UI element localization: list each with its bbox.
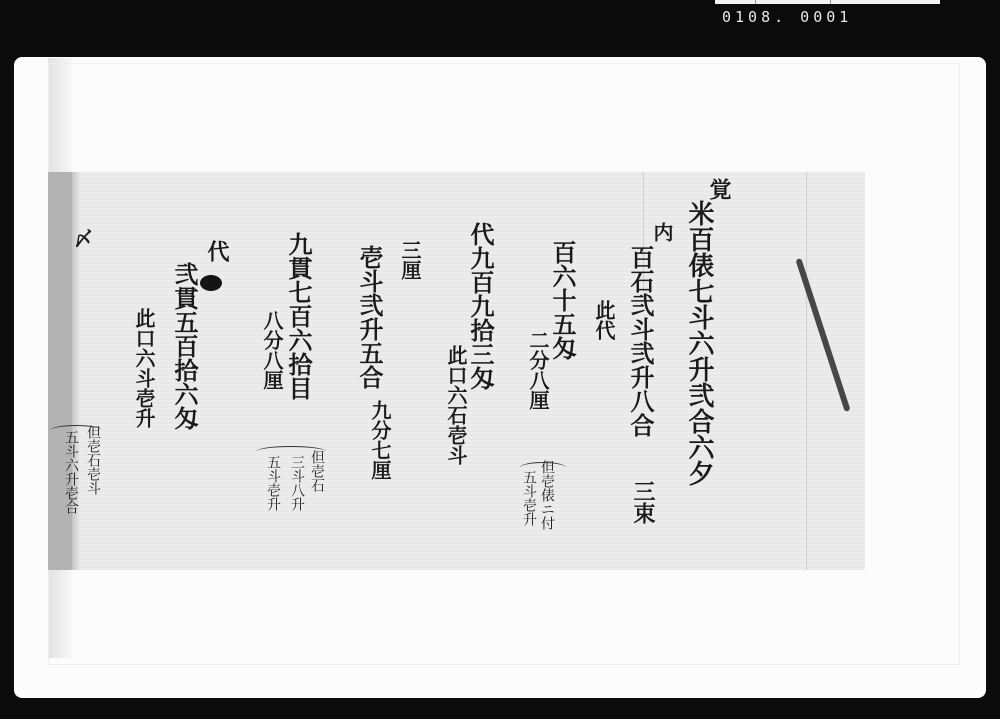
- handwritten-column: 弐貫五百拾六匁: [172, 262, 196, 430]
- handwritten-column: 三束: [632, 480, 654, 524]
- handwritten-column: 代: [206, 240, 228, 262]
- handwritten-column: 内: [652, 222, 672, 242]
- fold-line: [806, 172, 807, 570]
- handwritten-column: 八分八厘: [262, 310, 282, 390]
- handwritten-note: 三斗八升: [290, 455, 304, 511]
- handwritten-column: 九貫七百六拾目: [286, 232, 310, 400]
- handwritten-column: 代九百九拾三匁: [468, 222, 492, 390]
- handwritten-column: 此口六石壱斗: [446, 345, 466, 465]
- handwritten-column: 〆: [72, 228, 92, 248]
- handwritten-column: 壱斗弐升五合: [357, 245, 381, 389]
- ink-seal: [200, 275, 222, 291]
- handwritten-column: 二分八厘: [528, 330, 548, 410]
- handwritten-column: 百石弐斗弐升八合: [628, 245, 652, 437]
- frame-number: 0108. 0001: [722, 8, 852, 26]
- handwritten-note: 五斗六升壱合: [64, 430, 78, 514]
- handwritten-note: 但壱石: [310, 450, 324, 492]
- handwritten-column: 覚: [708, 178, 730, 200]
- handwritten-column: 米百俵七斗六升弐合六夕: [686, 200, 712, 486]
- film-edge-strip: [715, 0, 940, 4]
- handwritten-note: 五斗壱升: [266, 455, 280, 511]
- handwritten-note: 但壱俵ニ付: [540, 460, 554, 530]
- handwritten-column: 九分七厘: [370, 400, 390, 480]
- handwritten-column: 百六十五匁: [550, 240, 574, 360]
- handwritten-column: 三厘: [400, 240, 420, 280]
- handwritten-column: 此代: [594, 300, 614, 340]
- handwritten-column: 此口六斗壱升: [134, 308, 154, 428]
- strip-divider: [755, 0, 756, 4]
- strip-divider: [830, 0, 831, 4]
- handwritten-note: 五斗壱升: [522, 470, 536, 526]
- handwritten-note: 但壱石壱斗: [86, 425, 100, 495]
